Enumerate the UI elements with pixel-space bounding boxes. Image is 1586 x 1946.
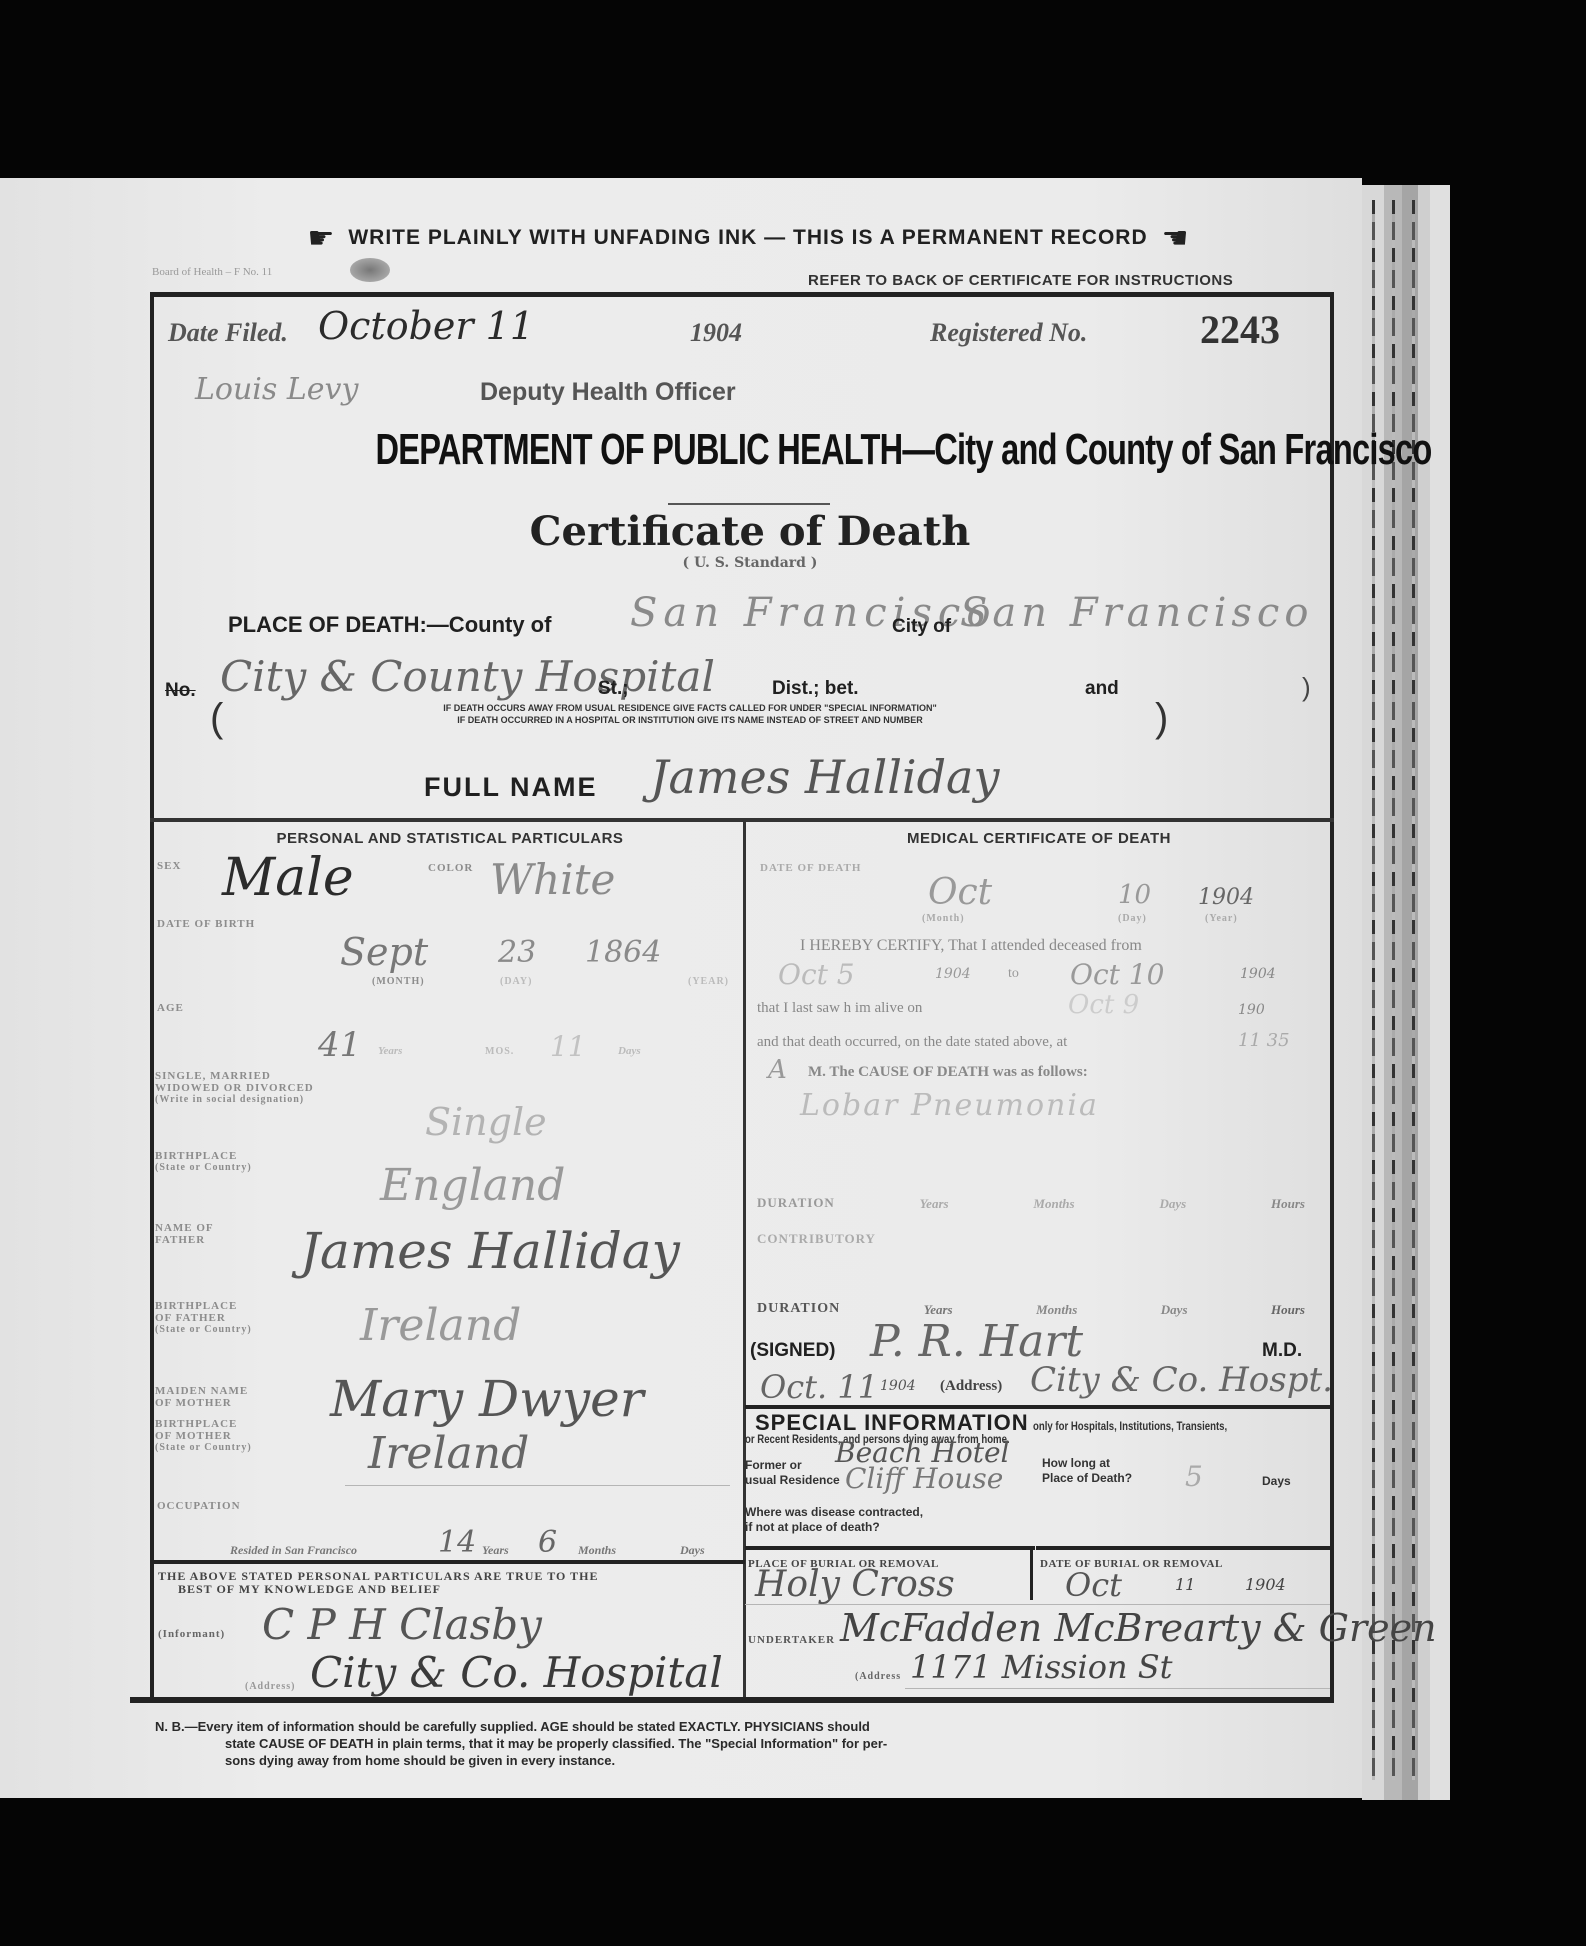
mother-label-line: MAIDEN NAME	[155, 1385, 248, 1397]
date-of-death-label: DATE OF DEATH	[760, 862, 861, 875]
marital-label-line: WIDOWED OR DIVORCED	[155, 1082, 314, 1094]
how-long-days-label: Days	[1262, 1474, 1291, 1488]
death-time: 11 35	[1238, 1030, 1290, 1051]
burial-place-value: Holy Cross	[755, 1564, 955, 1605]
form-border-top	[150, 292, 1334, 297]
last-saw-year: 190	[1238, 1002, 1265, 1018]
father-name-value: James Halliday	[300, 1222, 680, 1280]
age-years: 41	[318, 1025, 361, 1065]
full-name-label: FULL NAME	[424, 772, 598, 803]
birthplace-label-line: BIRTHPLACE	[155, 1150, 252, 1162]
registered-label: Registered No.	[930, 318, 1087, 348]
form-border-bottom	[130, 1697, 1334, 1703]
column-divider	[743, 820, 746, 1697]
dob-month-caption: (Month)	[372, 975, 425, 988]
color-value: White	[490, 855, 615, 904]
registered-number: 2243	[1200, 306, 1280, 353]
informant-value: C P H Clasby	[262, 1600, 542, 1649]
dob-day: 23	[498, 935, 536, 970]
former-label-line: usual Residence	[745, 1473, 840, 1488]
date-filed-value: October 11	[318, 304, 534, 348]
mother-bp-label-line: (State or Country)	[155, 1442, 252, 1454]
city-label: City of	[892, 616, 951, 638]
death-day: 10	[1118, 880, 1151, 910]
marital-label-line: SINGLE, MARRIED	[155, 1070, 314, 1082]
sex-label: SEX	[157, 860, 181, 873]
signed-label: (SIGNED)	[750, 1340, 836, 1362]
duration-label: DURATION	[757, 1196, 835, 1212]
father-name-label: NAME OF FATHER	[155, 1222, 214, 1246]
special-divider	[745, 1405, 1332, 1409]
resided-years: 14	[438, 1525, 476, 1560]
father-bp-label-line: (State or Country)	[155, 1324, 252, 1336]
occupation-label: OCCUPATION	[157, 1500, 241, 1513]
instructions-note: REFER TO BACK OF CERTIFICATE FOR INSTRUC…	[808, 272, 1233, 289]
footnote-line: sons dying away from home should be give…	[155, 1752, 887, 1769]
resided-months-label: Months	[578, 1543, 616, 1558]
how-long-label-line: Place of Death?	[1042, 1471, 1132, 1486]
how-long-label: How long at Place of Death?	[1042, 1456, 1132, 1486]
age-days-caption: Days	[618, 1045, 641, 1057]
burial-date-day: 11	[1175, 1575, 1195, 1594]
dob-label: DATE OF BIRTH	[157, 918, 255, 931]
full-name-value: James Halliday	[650, 750, 999, 804]
medical-heading: MEDICAL CERTIFICATE OF DEATH	[748, 830, 1330, 847]
duration-2-days-label: Days	[1161, 1302, 1188, 1318]
duration-row: DURATION Years Months Days Hours	[757, 1196, 1305, 1212]
father-label-line: FATHER	[155, 1234, 214, 1246]
officer-signature: Louis Levy	[195, 372, 358, 407]
contracted-label-line: if not at place of death?	[745, 1520, 923, 1535]
seal-icon	[350, 258, 390, 282]
footnote-line: state CAUSE OF DEATH in plain terms, tha…	[155, 1735, 887, 1752]
attended-to-year: 1904	[1240, 966, 1276, 982]
md-label: M.D.	[1262, 1340, 1302, 1362]
certificate-title: Certificate of Death	[450, 508, 1050, 555]
mother-name-value: Mary Dwyer	[330, 1370, 644, 1428]
cause-label: M. The CAUSE OF DEATH was as follows:	[808, 1064, 1088, 1081]
street-label: St.;	[598, 678, 629, 700]
how-long-label-line: How long at	[1042, 1456, 1132, 1471]
color-label: COLOR	[428, 862, 473, 875]
informant-label: (Informant)	[158, 1628, 225, 1641]
father-label-line: NAME OF	[155, 1222, 214, 1234]
note-line-1: IF DEATH OCCURS AWAY FROM USUAL RESIDENC…	[230, 702, 1150, 714]
undertaker-address-value: 1171 Mission St	[910, 1648, 1173, 1686]
burial-date-year: 1904	[1245, 1575, 1286, 1594]
contributory-label: CONTRIBUTORY	[757, 1232, 876, 1245]
form-number: Board of Health – F No. 11	[152, 266, 272, 278]
undertaker-value: McFadden McBrearty & Green	[840, 1606, 1437, 1650]
last-saw-value: Oct 9	[1068, 990, 1139, 1020]
signed-year: 1904	[880, 1378, 916, 1394]
paren-open: (	[210, 698, 223, 738]
informant-statement-line: BEST OF MY KNOWLEDGE AND BELIEF	[158, 1583, 598, 1596]
footnote-line: N. B.—Every item of information should b…	[155, 1718, 887, 1735]
place-of-death-label: PLACE OF DEATH:—County of	[228, 612, 551, 638]
and-label: and	[1085, 678, 1119, 700]
informant-divider	[150, 1560, 745, 1564]
age-years-caption: Years	[378, 1045, 402, 1057]
dob-day-caption: (Day)	[500, 975, 532, 988]
section-divider	[150, 818, 1334, 822]
father-bp-label-line: BIRTHPLACE	[155, 1300, 252, 1312]
mother-name-label: MAIDEN NAME OF MOTHER	[155, 1385, 248, 1409]
burial-line	[745, 1604, 1330, 1605]
am-pm-value: A	[768, 1055, 787, 1085]
informant-address-label: (Address)	[245, 1680, 295, 1693]
note-line-2: IF DEATH OCCURRED IN A HOSPITAL OR INSTI…	[230, 714, 1150, 726]
former-residence-label: Former or usual Residence	[745, 1458, 840, 1488]
signed-date: Oct. 11	[760, 1368, 878, 1406]
to-label: to	[1008, 966, 1019, 982]
duration-2-hours-label: Hours	[1271, 1302, 1305, 1318]
last-saw-label: that I last saw h im alive on	[757, 1000, 922, 1017]
page-stack-edge	[1430, 185, 1450, 1800]
duration-2-label: DURATION	[757, 1302, 840, 1318]
father-birthplace-value: Ireland	[360, 1300, 521, 1351]
district-label: Dist.; bet.	[772, 678, 859, 700]
duration-months-label: Months	[1033, 1196, 1074, 1212]
burial-date-month: Oct	[1065, 1566, 1122, 1604]
us-standard-note: ( U. S. Standard )	[600, 555, 900, 571]
footnote: N. B.—Every item of information should b…	[155, 1718, 887, 1769]
resided-days-label: Days	[680, 1543, 705, 1558]
personal-heading: PERSONAL AND STATISTICAL PARTICULARS	[160, 830, 740, 847]
dob-year: 1864	[585, 935, 661, 970]
department-name: DEPARTMENT OF PUBLIC HEALTH	[376, 425, 903, 474]
death-year: 1904	[1198, 885, 1254, 910]
informant-address-value: City & Co. Hospital	[310, 1648, 723, 1697]
informant-statement: THE ABOVE STATED PERSONAL PARTICULARS AR…	[158, 1570, 598, 1596]
physician-address-value: City & Co. Hospt.	[1030, 1360, 1333, 1400]
form-border-left	[150, 292, 154, 1700]
birthplace-label: BIRTHPLACE (State or Country)	[155, 1150, 252, 1174]
no-label: No.	[165, 680, 196, 702]
undertaker-address-label: (Address	[855, 1670, 901, 1683]
title-divider	[668, 503, 830, 505]
contracted-label-line: Where was disease contracted,	[745, 1505, 923, 1520]
marital-label: SINGLE, MARRIED WIDOWED OR DIVORCED (Wri…	[155, 1070, 314, 1106]
resided-years-label: Years	[482, 1543, 509, 1558]
former-label-line: Former or	[745, 1458, 840, 1473]
paren-close: )	[1155, 698, 1168, 738]
duration-hours-label: Hours	[1271, 1196, 1305, 1212]
form-border-right	[1330, 292, 1334, 1700]
death-month: Oct	[928, 872, 992, 913]
occurred-label: and that death occurred, on the date sta…	[757, 1034, 1067, 1051]
officer-title: Deputy Health Officer	[480, 378, 736, 407]
date-filed-label: Date Filed.	[168, 318, 288, 348]
mother-birthplace-value: Ireland	[368, 1428, 529, 1479]
burial-divider-left	[745, 1546, 1035, 1550]
certify-statement: I HEREBY CERTIFY, That I attended deceas…	[800, 937, 1142, 955]
banner: ☛ WRITE PLAINLY WITH UNFADING INK — THIS…	[208, 222, 1288, 254]
how-long-value: 5	[1185, 1460, 1203, 1493]
paren-close: )	[1302, 672, 1311, 703]
sex-value: Male	[222, 848, 354, 908]
mother-label-line: OF MOTHER	[155, 1397, 248, 1409]
banner-text: WRITE PLAINLY WITH UNFADING INK — THIS I…	[348, 226, 1147, 250]
attended-from: Oct 5	[778, 958, 855, 991]
mother-bp-label-line: OF MOTHER	[155, 1430, 252, 1442]
undertaker-address-line	[905, 1688, 1330, 1689]
birthplace-value: England	[380, 1160, 565, 1211]
city-value: San Francisco	[960, 590, 1313, 636]
duration-years-label: Years	[920, 1196, 949, 1212]
age-mos-caption: Mos.	[485, 1045, 514, 1058]
father-bp-label-line: OF FATHER	[155, 1312, 252, 1324]
death-year-caption: (Year)	[1205, 912, 1238, 925]
mother-birthplace-label: BIRTHPLACE OF MOTHER (State or Country)	[155, 1418, 252, 1454]
physician-address-label: (Address)	[940, 1378, 1002, 1395]
date-filed-year: 1904	[690, 318, 742, 348]
burial-divider-right	[1036, 1546, 1330, 1550]
department-title: DEPARTMENT OF PUBLIC HEALTH—City and Cou…	[190, 425, 1310, 475]
father-birthplace-label: BIRTHPLACE OF FATHER (State or Country)	[155, 1300, 252, 1336]
pointing-hand-left-icon: ☚	[1162, 221, 1189, 256]
birthplace-label-line: (State or Country)	[155, 1162, 252, 1174]
special-heading-note: only for Hospitals, Institutions, Transi…	[1033, 1419, 1227, 1433]
duration-days-label: Days	[1159, 1196, 1186, 1212]
pointing-hand-right-icon: ☛	[307, 221, 334, 256]
former-residence-line-2: Cliff House	[845, 1462, 1003, 1495]
death-month-caption: (Month)	[922, 912, 965, 925]
dob-month: Sept	[340, 930, 428, 974]
marital-value: Single	[425, 1100, 547, 1144]
marital-label-line: (Write in social designation)	[155, 1094, 314, 1106]
jurisdiction: —City and County of San Francisco	[902, 425, 1431, 474]
age-label: AGE	[157, 1002, 184, 1015]
resided-months: 6	[538, 1525, 557, 1560]
death-day-caption: (Day)	[1118, 912, 1147, 925]
age-months: 11	[550, 1030, 586, 1063]
burial-col-divider	[1030, 1550, 1033, 1600]
cause-of-death-value: Lobar Pneumonia	[800, 1088, 1099, 1123]
mother-birthplace-line	[345, 1485, 730, 1486]
undertaker-label: UNDERTAKER	[748, 1634, 835, 1647]
mother-bp-label-line: BIRTHPLACE	[155, 1418, 252, 1430]
institution-value: City & County Hospital	[220, 652, 715, 701]
contracted-label: Where was disease contracted, if not at …	[745, 1505, 923, 1535]
attended-to: Oct 10	[1070, 958, 1164, 991]
attended-from-year: 1904	[935, 966, 971, 982]
place-of-death-note: IF DEATH OCCURS AWAY FROM USUAL RESIDENC…	[230, 702, 1150, 726]
dob-year-caption: (Year)	[688, 975, 729, 988]
resided-label: Resided in San Francisco	[230, 1543, 357, 1558]
